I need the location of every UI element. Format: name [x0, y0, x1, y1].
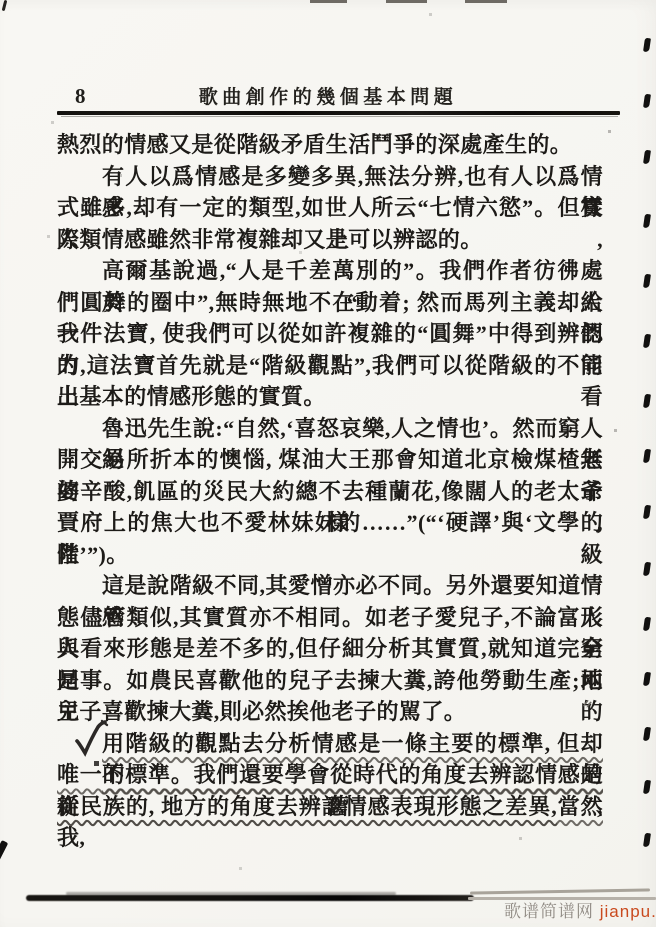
text-line: 用階級的觀點去分析情感是一條主要的標準, 但却不是 [57, 728, 603, 760]
text-line: 從民族的, 地方的角度去辨認情感表現形態之差異,當然我, [57, 791, 603, 823]
scan-artifact-edge-mark [643, 833, 651, 848]
text-line: 們圓舞的圈中”,無時無地不在動着; 然而馬列主義却給我們 [57, 287, 603, 319]
text-line: 回事。如農民喜歡他的兒子去揀大糞,誇他勞動生產;地主的 [57, 665, 603, 697]
text-line: 開交易所折本的懊惱, 煤油大王那會知道北京檢煤楂老婆子 [57, 444, 603, 476]
pencil-checkmark-icon [72, 719, 110, 761]
text-line: 的辛酸,飢區的災民大約總不去種蘭花,像闊人的老太爺一樣, [57, 476, 603, 508]
text-line: 一件法寶, 使我們可以從如許複雜的“圓舞”中得到辨認的能 [57, 318, 603, 350]
text-line: 熱烈的情感又是從階級矛盾生活鬥爭的深處產生的。 [57, 129, 603, 161]
scan-artifact-edge-mark [643, 449, 651, 464]
scan-artifact-edge-mark [643, 334, 651, 349]
text-line: 人看來形態是差不多的,但仔細分析其實質,就知道完全是兩 [57, 633, 603, 665]
text-line: 賈府上的焦大也不愛林妹妹的……”(“‘硬譯’與‘文學的階級 [57, 507, 603, 539]
pencil-underlined-text: 從民族的, 地方的角度去辨認情感表現形態之差異, [57, 794, 557, 819]
watermark: 歌谱简谱网 jianpu.cn [504, 897, 656, 922]
scan-artifact-edge-mark [643, 150, 651, 165]
scan-artifact-top-bar [310, 0, 347, 3]
scan-artifact-bottom-edge [26, 895, 474, 901]
scan-artifact-corner [0, 840, 8, 902]
scan-artifact-edge-mark [643, 672, 651, 687]
body-text: 熱烈的情感又是從階級矛盾生活鬥爭的深處產生的。有人以爲情感是多變多異,無法分辨,… [57, 129, 603, 822]
scanned-book-page: 8 歌曲創作的幾個基本問題 熱烈的情感又是從階級矛盾生活鬥爭的深處產生的。有人以… [0, 0, 656, 927]
scan-artifact-edge-mark [643, 394, 651, 409]
running-title: 歌曲創作的幾個基本問題 [0, 82, 656, 109]
scan-artifact-edge-mark [643, 617, 651, 632]
scan-artifact-edge-mark [643, 274, 651, 289]
watermark-site-name: 歌谱简谱网 [504, 902, 594, 921]
scan-artifact-edge-mark [643, 214, 651, 229]
scan-artifact-top-bar [465, 0, 507, 3]
text-line: 高爾基說過,“人是千差萬別的”。我們作者彷彿處於“人 [57, 255, 603, 287]
scan-artifact-edge-mark [643, 727, 651, 742]
scan-artifact-edge-mark [643, 38, 651, 53]
scan-artifact-streak [470, 888, 650, 894]
text-line: 有人以爲情感是多變多異,無法分辨,也有人以爲情感樣 [57, 161, 603, 193]
text-line: 這是說階級不同,其愛憎亦必不同。另外還要知道情感形 [57, 570, 603, 602]
scan-artifact-edge-mark [643, 780, 651, 795]
scan-noise-speckles [0, 0, 1, 1]
text-line: 態儘管類似,其實質亦不相同。如老子愛兒子,不論富人與窮 [57, 602, 603, 634]
watermark-site-url: jianpu.cn [600, 902, 656, 921]
scan-artifact-edge-mark [643, 562, 651, 577]
text-line: 式雖多,却有一定的類型,如世人所云“七情六慾”。但實際上, [57, 192, 603, 224]
scan-artifact-edge-mark [643, 505, 651, 520]
scan-artifact-tick [2, 0, 8, 11]
scan-artifact-top-bar [386, 0, 427, 3]
text-line: 唯一的標準。我們還要學會從時代的角度去辨認情感的新舊, [57, 759, 603, 791]
text-line: 力,這法寶首先就是“階級觀點”,我們可以從階級的不同上看 [57, 350, 603, 382]
text-line: 魯迅先生說:“自然,‘喜怒哀樂,人之情也’。然而窮人絕無 [57, 413, 603, 445]
header-rule [57, 111, 620, 115]
